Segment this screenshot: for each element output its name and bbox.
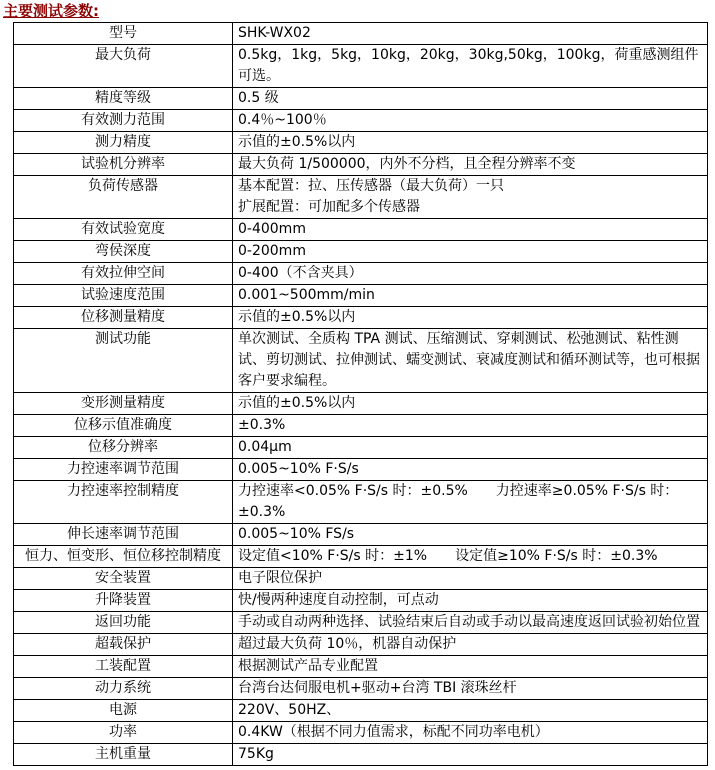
param-value-cell: 0-200mm [233, 241, 708, 263]
spec-table: 型号 SHK-WX02 最大负荷 0.5kg，1kg，5kg，10kg，20kg… [13, 22, 708, 766]
param-value-cell: 220V、50HZ、 [233, 700, 708, 722]
table-row: 有效试验宽度 0-400mm [14, 219, 708, 241]
table-row: 位移测量精度 示值的±0.5%以内 [14, 307, 708, 329]
param-name-cell: 力控速率控制精度 [14, 481, 233, 524]
param-name-cell: 最大负荷 [14, 45, 233, 88]
table-row: 型号 SHK-WX02 [14, 23, 708, 45]
table-row: 有效拉伸空间 0-400（不含夹具） [14, 263, 708, 285]
param-name-cell: 试验速度范围 [14, 285, 233, 307]
table-row: 工装配置 根据测试产品专业配置 [14, 656, 708, 678]
param-value-cell: 最大负荷 1/500000，内外不分档，且全程分辨率不变 [233, 154, 708, 176]
param-name-cell: 功率 [14, 722, 233, 744]
page-title: 主要测试参数: [3, 2, 715, 20]
table-row: 位移分辨率 0.04μm [14, 437, 708, 459]
table-row: 测试功能 单次测试、全质构 TPA 测试、压缩测试、穿刺测试、松弛测试、粘性测试… [14, 329, 708, 393]
table-row: 安全装置 电子限位保护 [14, 568, 708, 590]
param-value-cell: 0-400（不含夹具） [233, 263, 708, 285]
param-name-cell: 有效试验宽度 [14, 219, 233, 241]
param-value-cell: 台湾台达伺服电机+驱动+台湾 TBI 滚珠丝杆 [233, 678, 708, 700]
param-value-cell: ±0.3% [233, 415, 708, 437]
param-value-cell: 手动或自动两种选择、试验结束后自动或手动以最高速度返回试验初始位置 [233, 612, 708, 634]
param-value-cell: SHK-WX02 [233, 23, 708, 45]
table-row: 最大负荷 0.5kg，1kg，5kg，10kg，20kg，30kg,50kg，1… [14, 45, 708, 88]
param-name-cell: 精度等级 [14, 88, 233, 110]
param-value-cell: 超过最大负荷 10％，机器自动保护 [233, 634, 708, 656]
param-value-cell: 0.4KW（根据不同力值需求，标配不同功率电机） [233, 722, 708, 744]
param-value-cell: 0.5kg，1kg，5kg，10kg，20kg，30kg,50kg，100kg，… [233, 45, 708, 88]
param-value-cell: 力控速率<0.05% F·S/s 时：±0.5% 力控速率≥0.05% F·S/… [233, 481, 708, 524]
table-row: 弯侯深度 0-200mm [14, 241, 708, 263]
param-value-cell: 0.005~10% FS/s [233, 524, 708, 546]
param-value-cell: 0.4％~100％ [233, 110, 708, 132]
param-name-cell: 恒力、恒变形、恒位移控制精度 [14, 546, 233, 568]
param-value-cell: 0-400mm [233, 219, 708, 241]
param-name-cell: 位移示值准确度 [14, 415, 233, 437]
param-value-cell: 单次测试、全质构 TPA 测试、压缩测试、穿刺测试、松弛测试、粘性测试、剪切测试… [233, 329, 708, 393]
param-name-cell: 型号 [14, 23, 233, 45]
table-row: 升降装置 快/慢两种速度自动控制，可点动 [14, 590, 708, 612]
param-name-cell: 超载保护 [14, 634, 233, 656]
table-row: 试验速度范围 0.001~500mm/min [14, 285, 708, 307]
param-name-cell: 负荷传感器 [14, 176, 233, 219]
spec-table-body: 型号 SHK-WX02 最大负荷 0.5kg，1kg，5kg，10kg，20kg… [14, 23, 708, 766]
param-value-cell: 75Kg [233, 744, 708, 766]
param-name-cell: 有效测力范围 [14, 110, 233, 132]
param-name-cell: 伸长速率调节范围 [14, 524, 233, 546]
table-row: 有效测力范围 0.4％~100％ [14, 110, 708, 132]
table-row: 电源 220V、50HZ、 [14, 700, 708, 722]
param-value-cell: 基本配置：拉、压传感器（最大负荷）一只 扩展配置：可加配多个传感器 [233, 176, 708, 219]
param-value-cell: 电子限位保护 [233, 568, 708, 590]
table-row: 伸长速率调节范围 0.005~10% FS/s [14, 524, 708, 546]
table-row: 试验机分辨率 最大负荷 1/500000，内外不分档，且全程分辨率不变 [14, 154, 708, 176]
param-value-cell: 0.5 级 [233, 88, 708, 110]
param-name-cell: 弯侯深度 [14, 241, 233, 263]
param-name-cell: 安全装置 [14, 568, 233, 590]
param-name-cell: 位移分辨率 [14, 437, 233, 459]
param-name-cell: 变形测量精度 [14, 393, 233, 415]
param-value-cell: 0.005~10% F·S/s [233, 459, 708, 481]
table-row: 测力精度 示值的±0.5%以内 [14, 132, 708, 154]
table-row: 力控速率调节范围 0.005~10% F·S/s [14, 459, 708, 481]
table-row: 主机重量 75Kg [14, 744, 708, 766]
table-row: 力控速率控制精度 力控速率<0.05% F·S/s 时：±0.5% 力控速率≥0… [14, 481, 708, 524]
param-value-cell: 根据测试产品专业配置 [233, 656, 708, 678]
table-row: 返回功能 手动或自动两种选择、试验结束后自动或手动以最高速度返回试验初始位置 [14, 612, 708, 634]
param-value-cell: 快/慢两种速度自动控制，可点动 [233, 590, 708, 612]
param-value-cell: 示值的±0.5%以内 [233, 307, 708, 329]
table-row: 负荷传感器 基本配置：拉、压传感器（最大负荷）一只 扩展配置：可加配多个传感器 [14, 176, 708, 219]
param-value-cell: 0.001~500mm/min [233, 285, 708, 307]
table-row: 恒力、恒变形、恒位移控制精度 设定值<10% F·S/s 时：±1% 设定值≥1… [14, 546, 708, 568]
table-row: 超载保护 超过最大负荷 10％，机器自动保护 [14, 634, 708, 656]
param-name-cell: 返回功能 [14, 612, 233, 634]
param-value-cell: 示值的±0.5%以内 [233, 132, 708, 154]
param-name-cell: 主机重量 [14, 744, 233, 766]
table-row: 动力系统 台湾台达伺服电机+驱动+台湾 TBI 滚珠丝杆 [14, 678, 708, 700]
param-value-cell: 示值的±0.5%以内 [233, 393, 708, 415]
param-name-cell: 测试功能 [14, 329, 233, 393]
param-name-cell: 升降装置 [14, 590, 233, 612]
table-row: 精度等级 0.5 级 [14, 88, 708, 110]
param-value-cell: 设定值<10% F·S/s 时：±1% 设定值≥10% F·S/s 时：±0.3… [233, 546, 708, 568]
table-row: 变形测量精度 示值的±0.5%以内 [14, 393, 708, 415]
table-row: 位移示值准确度 ±0.3% [14, 415, 708, 437]
param-name-cell: 有效拉伸空间 [14, 263, 233, 285]
param-name-cell: 力控速率调节范围 [14, 459, 233, 481]
param-name-cell: 试验机分辨率 [14, 154, 233, 176]
param-name-cell: 动力系统 [14, 678, 233, 700]
param-name-cell: 电源 [14, 700, 233, 722]
table-row: 功率 0.4KW（根据不同力值需求，标配不同功率电机） [14, 722, 708, 744]
param-name-cell: 测力精度 [14, 132, 233, 154]
param-name-cell: 工装配置 [14, 656, 233, 678]
param-value-cell: 0.04μm [233, 437, 708, 459]
param-name-cell: 位移测量精度 [14, 307, 233, 329]
